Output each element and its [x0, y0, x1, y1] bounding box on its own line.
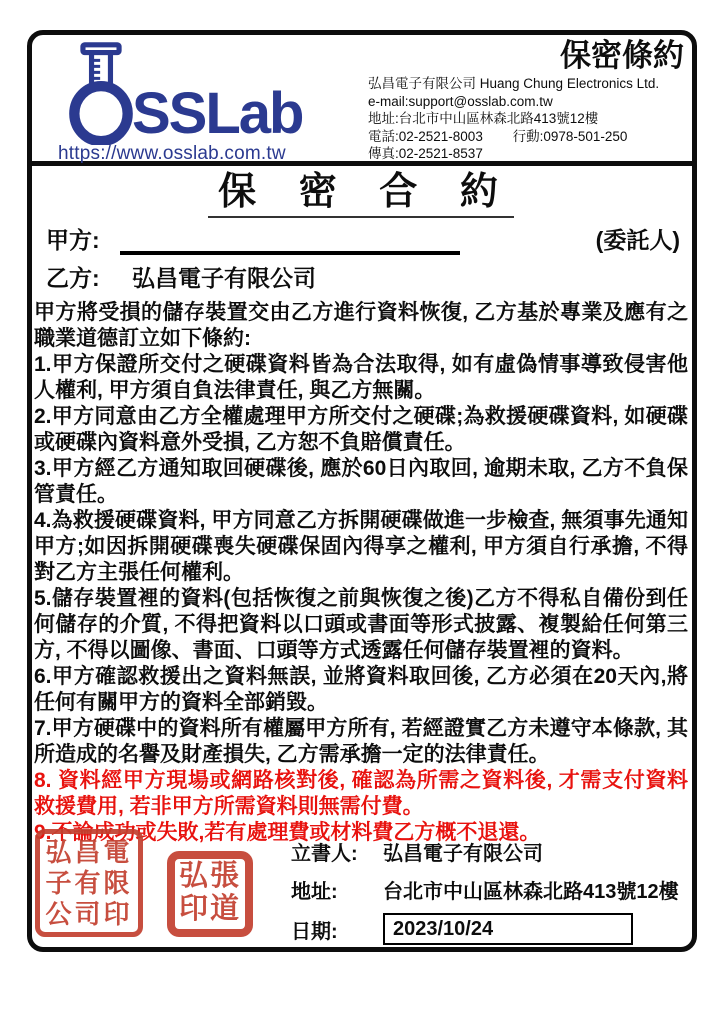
date-box: 2023/10/24 [383, 913, 633, 945]
clause-3: 3.甲方經乙方通知取回硬碟後, 應於60日內取回, 逾期未取, 乙方不負保管責任… [34, 456, 688, 508]
personal-seal-stamp: 弘張 印道 [167, 851, 253, 937]
logo-row: SSLab [58, 41, 362, 145]
company-seal-stamp: 弘昌電 子有限 公司印 [35, 829, 143, 937]
contract-body: 保 密 合 約 甲方: (委託人) 乙方: 弘昌電子有限公司 甲方將受損的儲存裝… [32, 166, 692, 846]
party-a-role: (委託人) [596, 222, 688, 255]
logo-url: https://www.osslab.com.tw [58, 143, 362, 165]
personal-seal-row: 弘張 [175, 860, 245, 893]
osslab-logo: SSLab https://www.osslab.com.tw [32, 35, 362, 161]
header: SSLab https://www.osslab.com.tw 保密條約 弘昌電… [32, 35, 692, 166]
personal-seal-row: 印道 [175, 893, 245, 926]
party-b-row: 乙方: 弘昌電子有限公司 [34, 260, 688, 293]
mobile-line: 行動:0978-501-250 [513, 129, 628, 144]
clause-5: 5.儲存裝置裡的資料(包括恢復之前與恢復之後)乙方不得私自備份到任何儲存的介質,… [34, 586, 688, 664]
date-row: 日期: 2023/10/24 [291, 913, 679, 945]
party-a-label: 甲方: [46, 222, 120, 255]
phone-line: 電話:02-2521-8003 [368, 129, 483, 144]
clause-4: 4.為救援硬碟資料, 甲方同意乙方拆開硬碟做進一步檢查, 無須事先通知甲方;如因… [34, 508, 688, 586]
phone-mobile-line: 電話:02-2521-8003 行動:0978-501-250 [368, 128, 684, 146]
signer-address-label: 地址: [291, 875, 383, 904]
email-line: e-mail:support@osslab.com.tw [368, 93, 684, 111]
signature-section: 弘昌電 子有限 公司印 弘張 印道 立書人: 弘昌電子有限公司 地址: 台北市中… [35, 829, 686, 937]
header-company-block: 保密條約 弘昌電子有限公司 Huang Chung Electronics Lt… [368, 35, 692, 161]
clause-7: 7.甲方硬碟中的資料所有權屬甲方所有, 若經證實乙方未遵守本條款, 其所造成的名… [34, 716, 688, 768]
signer-address-row: 地址: 台北市中山區林森北路413號12樓 [291, 875, 679, 904]
contract-title: 保 密 合 約 [208, 171, 514, 218]
doc-type-title: 保密條約 [368, 39, 684, 73]
party-a-row: 甲方: (委託人) [34, 222, 688, 255]
company-name-line: 弘昌電子有限公司 Huang Chung Electronics Ltd. [368, 75, 684, 93]
fax-line: 傳真:02-2521-8537 [368, 145, 684, 163]
clauses: 甲方將受損的儲存裝置交由乙方進行資料恢復, 乙方基於專業及應有之職業道德訂立如下… [34, 300, 688, 846]
signer-address-value: 台北市中山區林森北路413號12樓 [383, 875, 679, 904]
contract-intro: 甲方將受損的儲存裝置交由乙方進行資料恢復, 乙方基於專業及應有之職業道德訂立如下… [34, 300, 688, 352]
signer-row: 立書人: 弘昌電子有限公司 [291, 837, 679, 866]
company-info: 弘昌電子有限公司 Huang Chung Electronics Ltd. e-… [368, 75, 684, 163]
document-sheet: SSLab https://www.osslab.com.tw 保密條約 弘昌電… [27, 30, 697, 952]
logo-wordmark: SSLab [132, 85, 303, 145]
clause-8: 8. 資料經甲方現場或網路核對後, 確認為所需之資料後, 才需支付資料救援費用,… [34, 768, 688, 820]
company-seal-row: 子有限 [40, 868, 138, 899]
clause-2: 2.甲方同意由乙方全權處理甲方所交付之硬碟;為救援硬碟資料, 如硬碟或硬碟內資料… [34, 404, 688, 456]
signer-label: 立書人: [291, 837, 383, 866]
company-seal-row: 公司印 [40, 899, 138, 930]
date-label: 日期: [291, 915, 383, 944]
signer-value: 弘昌電子有限公司 [383, 837, 543, 866]
signer-block: 立書人: 弘昌電子有限公司 地址: 台北市中山區林森北路413號12樓 日期: … [291, 837, 679, 945]
party-b-value: 弘昌電子有限公司 [132, 260, 316, 293]
party-a-blank-line [120, 229, 460, 255]
address-line: 地址:台北市中山區林森北路413號12樓 [368, 110, 684, 128]
party-b-label: 乙方: [46, 260, 120, 293]
clause-6: 6.甲方確認救援出之資料無誤, 並將資料取回後, 乙方必須在20天內,將任何有關… [34, 664, 688, 716]
company-seal-row: 弘昌電 [40, 837, 138, 868]
clause-1: 1.甲方保證所交付之硬碟資料皆為合法取得, 如有虛偽情事導致侵害他人權利, 甲方… [34, 352, 688, 404]
